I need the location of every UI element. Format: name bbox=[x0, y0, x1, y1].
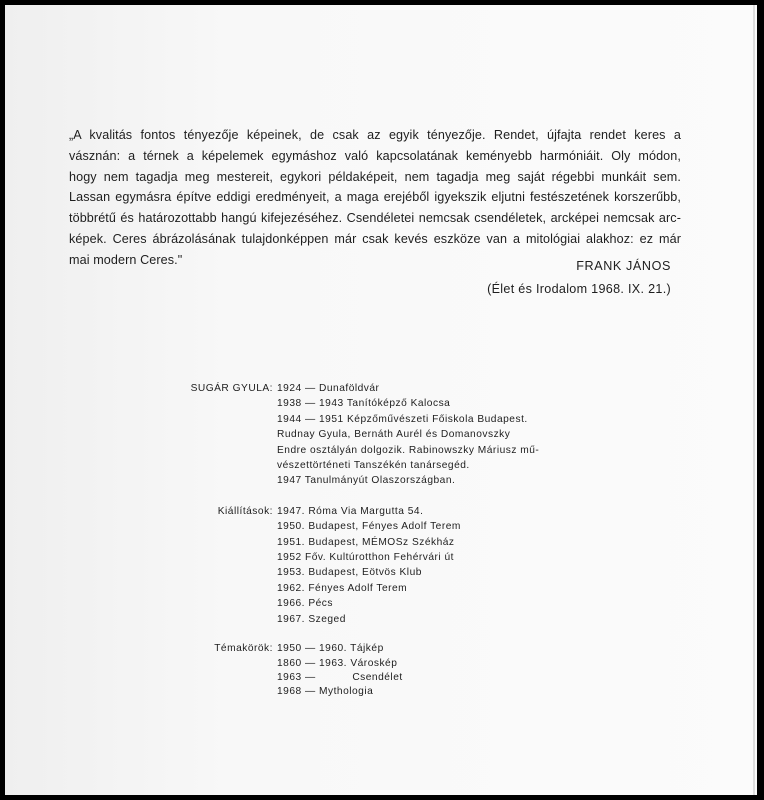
theme-entry: 1968 — Mythologia bbox=[277, 685, 373, 699]
bio-entry: vészettörténeti Tanszékén tanársegéd. bbox=[277, 458, 470, 473]
bio-section: SUGÁR GYULA:1924 — Dunaföldvár 1938 — 19… bbox=[155, 381, 539, 489]
themes-section: Témakörök:1950 — 1960. Tájkép 1860 — 196… bbox=[155, 642, 539, 700]
exhibition-entry: 1953. Budapest, Eötvös Klub bbox=[277, 565, 422, 580]
theme-entry: 1950 — 1960. Tájkép bbox=[277, 642, 384, 656]
document-page: „A kvalitás fontos tényezője képeinek, d… bbox=[5, 5, 757, 795]
quote-line: „A kvalitás fontos tényezője képeinek, d… bbox=[69, 125, 681, 146]
exhibition-entry: 1966. Pécs bbox=[277, 596, 333, 611]
exhibition-entry: 1952 Főv. Kultúrotthon Fehérvári út bbox=[277, 550, 454, 565]
quote-line: vásznán: a térnek a képelemek egymáshoz … bbox=[69, 146, 681, 167]
themes-label: Témakörök: bbox=[155, 642, 277, 656]
exhibitions-section: Kiállítások:1947. Róma Via Margutta 54. … bbox=[155, 504, 539, 627]
bio-entry: 1924 — Dunaföldvár bbox=[277, 381, 379, 396]
bio-entry: Rudnay Gyula, Bernáth Aurél és Domanovsz… bbox=[277, 427, 510, 442]
exhibition-entry: 1962. Fényes Adolf Terem bbox=[277, 581, 407, 596]
exhibition-entry: 1947. Róma Via Margutta 54. bbox=[277, 504, 423, 519]
quote-source: (Élet és Irodalom 1968. IX. 21.) bbox=[487, 282, 671, 296]
page-edge-shadow bbox=[753, 5, 755, 795]
quote-line: hogy nem tagadja meg mestereit, egykori … bbox=[69, 167, 681, 188]
bio-entry: 1947 Tanulmányút Olaszországban. bbox=[277, 473, 455, 488]
bio-name-label: SUGÁR GYULA: bbox=[155, 381, 277, 396]
biography-block: SUGÁR GYULA:1924 — Dunaföldvár 1938 — 19… bbox=[155, 381, 539, 715]
quote-line: Lassan egymásra építve eddigi eredményei… bbox=[69, 187, 681, 208]
exhibition-entry: 1967. Szeged bbox=[277, 612, 346, 627]
exhibition-entry: 1950. Budapest, Fényes Adolf Terem bbox=[277, 519, 461, 534]
quote-line: képek. Ceres ábrázolásának tulajdonképpe… bbox=[69, 229, 681, 250]
quote-author: FRANK JÁNOS bbox=[576, 259, 671, 273]
bio-entry: 1938 — 1943 Tanítóképző Kalocsa bbox=[277, 396, 450, 411]
exhibition-entry: 1951. Budapest, MÉMOSz Székház bbox=[277, 535, 455, 550]
exhibitions-label: Kiállítások: bbox=[155, 504, 277, 519]
theme-entry: 1860 — 1963. Városkép bbox=[277, 657, 397, 671]
bio-entry: 1944 — 1951 Képzőművészeti Főiskola Buda… bbox=[277, 412, 528, 427]
theme-entry: 1963 — Csendélet bbox=[277, 671, 403, 685]
quote-paragraph: „A kvalitás fontos tényezője képeinek, d… bbox=[69, 125, 681, 271]
quote-line: többrétű és határozottabb hangú kifejezé… bbox=[69, 208, 681, 229]
bio-entry: Endre osztályán dolgozik. Rabinowszky Má… bbox=[277, 443, 539, 458]
